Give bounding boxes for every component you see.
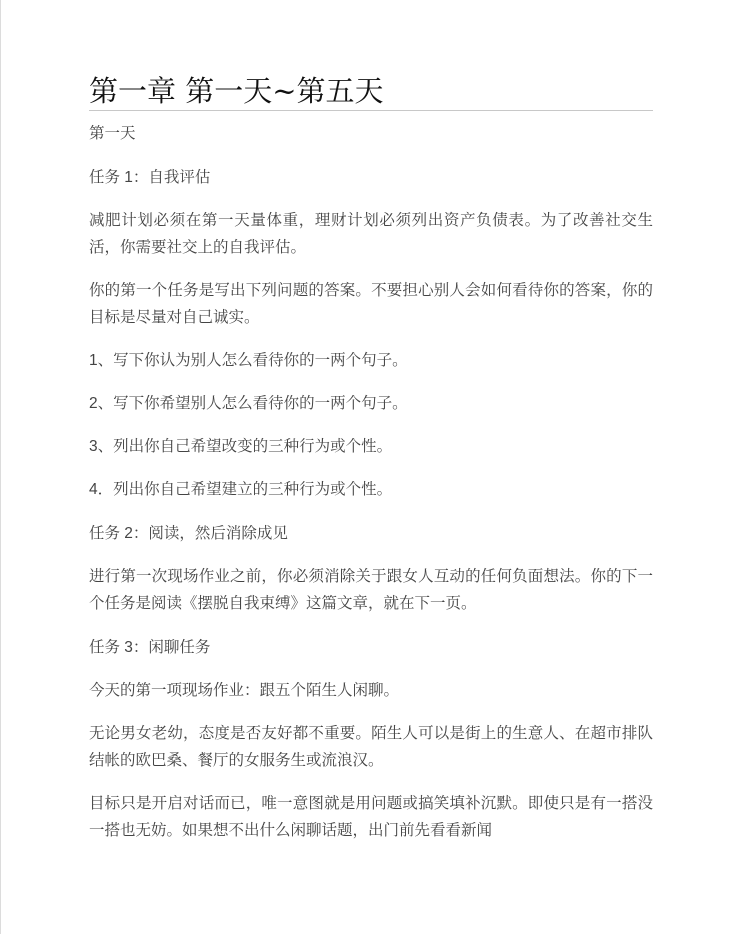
task-3-paragraph-3: 目标只是开启对话而已，唯一意图就是用问题或搞笑填补沉默。即使只是有一搭没一搭也无… xyxy=(89,790,653,844)
day-label: 第一天 xyxy=(89,120,653,147)
task-3-heading: 任务 3：闲聊任务 xyxy=(89,634,653,661)
task-3-paragraph-1: 今天的第一项现场作业：跟五个陌生人闲聊。 xyxy=(89,677,653,704)
task-1-list-item-4: 4．列出你自己希望建立的三种行为或个性。 xyxy=(89,476,653,503)
task-1-paragraph-1: 减肥计划必须在第一天量体重，理财计划必须列出资产负债表。为了改善社交生活，你需要… xyxy=(89,207,653,261)
task-1-list-item-2: 2、写下你希望别人怎么看待你的一两个句子。 xyxy=(89,390,653,417)
task-3-paragraph-2: 无论男女老幼，态度是否友好都不重要。陌生人可以是街上的生意人、在超市排队结帐的欧… xyxy=(89,720,653,774)
chapter-title: 第一章 第一天~第五天 xyxy=(89,72,653,111)
task-1-list-item-3: 3、列出你自己希望改变的三种行为或个性。 xyxy=(89,433,653,460)
task-1-list-item-1: 1、写下你认为别人怎么看待你的一两个句子。 xyxy=(89,347,653,374)
document-page: 第一章 第一天~第五天 第一天 任务 1：自我评估 减肥计划必须在第一天量体重，… xyxy=(89,72,653,844)
task-2-heading: 任务 2：阅读，然后消除成见 xyxy=(89,520,653,547)
task-2-paragraph-1: 进行第一次现场作业之前，你必须消除关于跟女人互动的任何负面想法。你的下一个任务是… xyxy=(89,563,653,617)
task-1-paragraph-2: 你的第一个任务是写出下列问题的答案。不要担心别人会如何看待你的答案，你的目标是尽… xyxy=(89,277,653,331)
task-1-heading: 任务 1：自我评估 xyxy=(89,164,653,191)
